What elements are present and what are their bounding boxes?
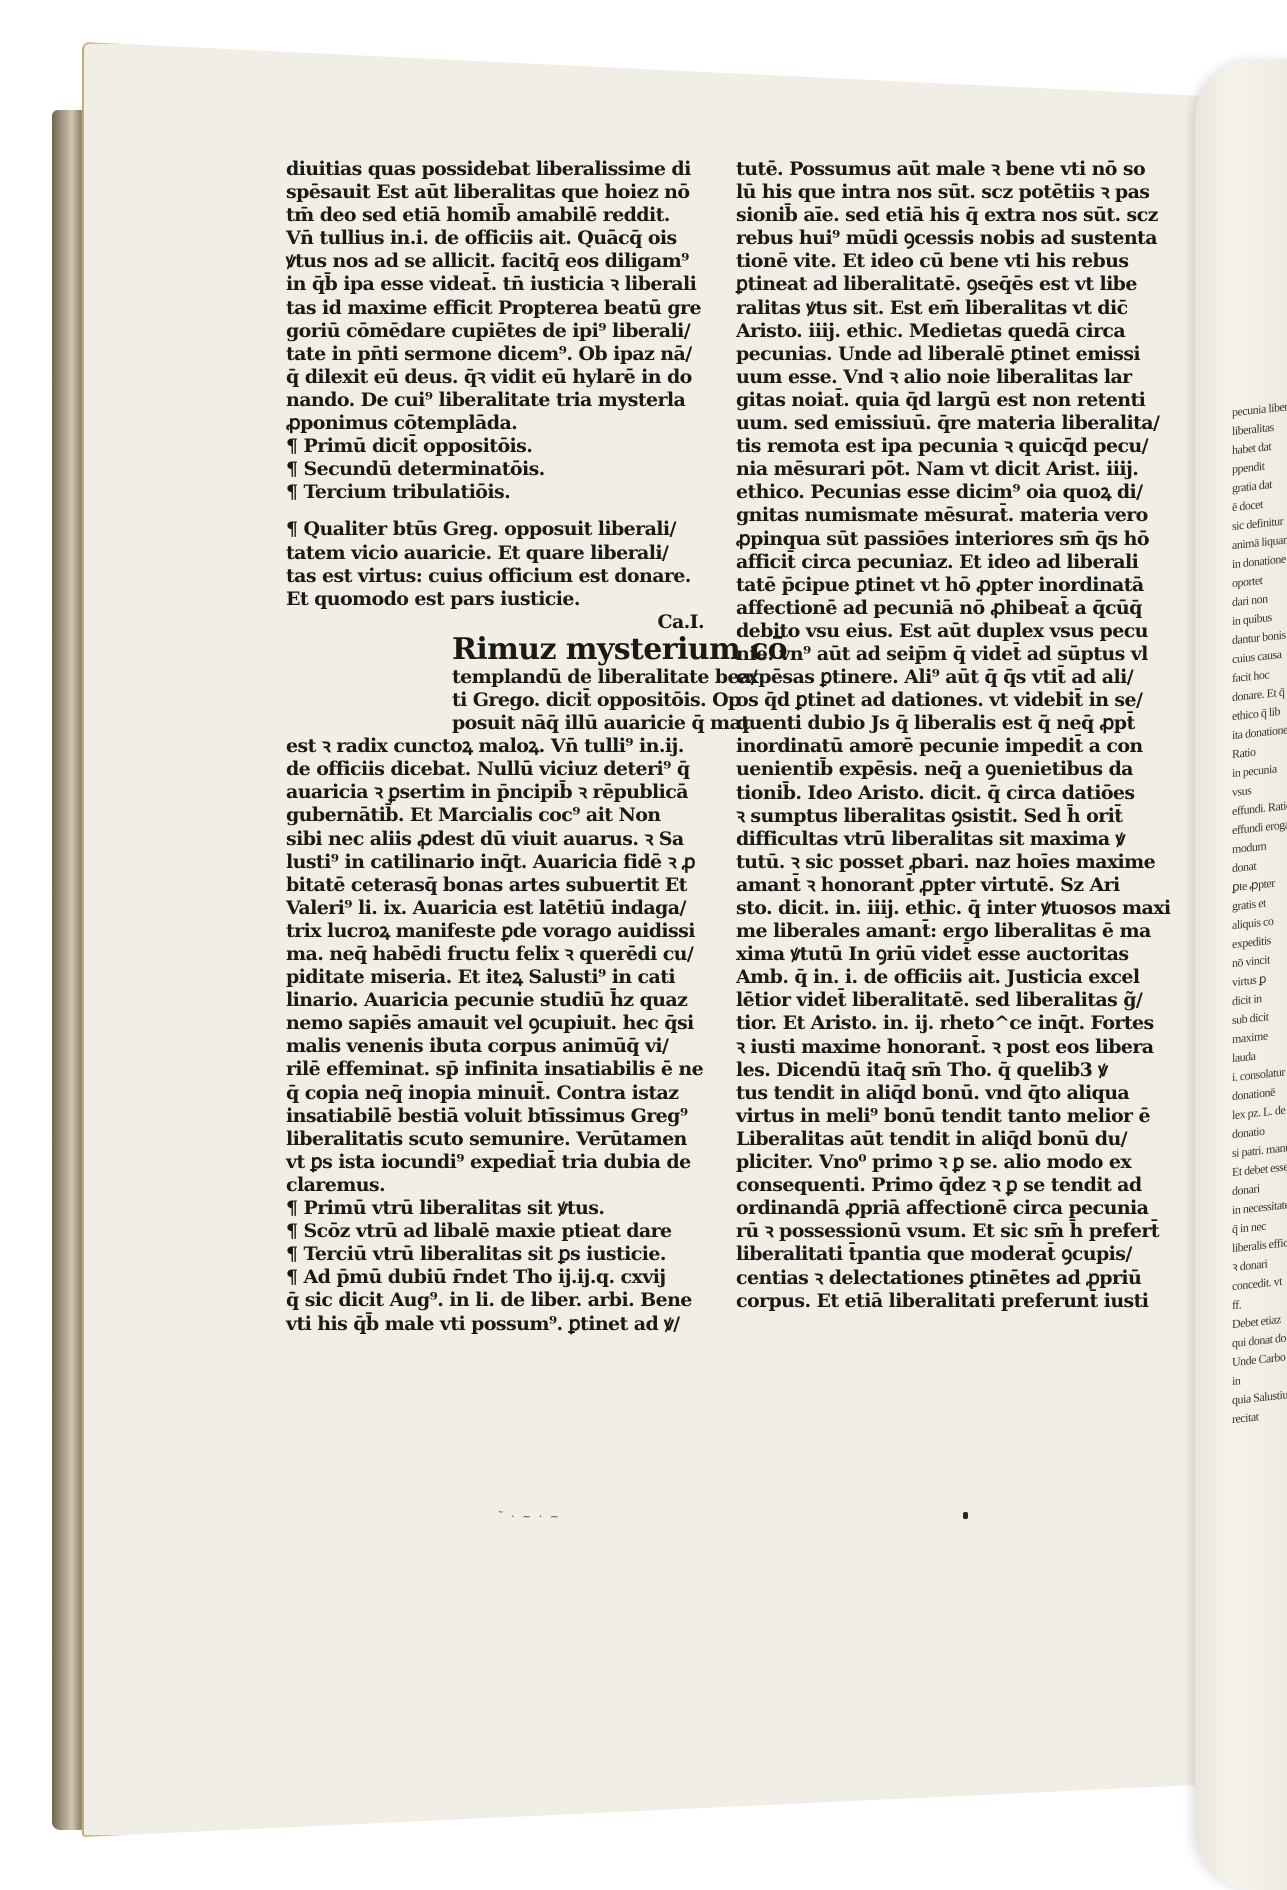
text-line: difficultas vtrū liberalitas sit maxima … [736, 828, 1106, 851]
right-text-column: tutē. Possumus aūt male ꝛ bene vti nō so… [736, 158, 1106, 1313]
text-line: sto. dicit. in. iiij. ethic. q̄ inter ꝟt… [736, 897, 1106, 920]
facing-text-line: Debet etiaz qui donat do [1232, 1309, 1287, 1353]
text-line: Amb. q̄ in. i. de officiis ait. Justicia… [736, 966, 1106, 989]
list-item: ¶ Terciū vtrū liberalitas sit ꝑs iustici… [286, 1243, 708, 1266]
text-line: nemo sapiēs amauit vel ꝯcupiuit. hec q̄s… [286, 1012, 708, 1035]
text-line: sibi nec aliis ꝓdest dū viuit auarus. ꝛ … [286, 828, 708, 851]
rubric-line: Et quomodo est pars iusticie. [286, 588, 708, 611]
text-line: ꝑtineat ad liberalitatē. ꝯseq̄ēs est vt … [736, 273, 1106, 296]
text-line: ꝓpinqua sūt passiōes interiores sm̄ q̄s … [736, 528, 1106, 551]
section-gap [286, 504, 708, 518]
text-line: vti his q̄b̄ male vti possum⁹. ꝑtinet ad… [286, 1313, 708, 1336]
text-line: spēsauit Est aūt liberalitas que hoiez n… [286, 181, 708, 204]
text-line: lusti⁹ in catilinario inq̄t. Auaricia fi… [286, 851, 708, 874]
text-line: les. Dicendū itaq̄ sm̄ Tho. q̄ quelib3 ꝟ [736, 1059, 1106, 1082]
facing-page-text: pecunia liberliberalitashabet datppendit… [1232, 397, 1287, 1553]
text-line: afficit̄ circa pecuniaz. Et ideo ad libe… [736, 551, 1106, 574]
text-line: ralitas ꝟtus sit. Est em̄ liberalitas vt… [736, 297, 1106, 320]
text-line: centias ꝛ delectationes ꝑtinētes ad ꝓpri… [736, 1267, 1106, 1290]
closing-lines: q̄ sic dicit Aug⁹. in li. de liber. arbi… [286, 1289, 708, 1335]
text-line: tm̄ deo sed etiā homib̄ amabilē reddit. [286, 204, 708, 227]
list-item: ¶ Primū vtrū liberalitas sit ꝟtus. [286, 1197, 708, 1220]
text-line: liberalitatis scuto semunire. Verūtamen [286, 1128, 708, 1151]
text-line: tior. Et Aristo. in. ij. rheto^ce inq̄t.… [736, 1012, 1106, 1035]
text-line: pliciter. Vno⁰ primo ꝛ ꝑ se. alio modo e… [736, 1151, 1106, 1174]
text-line: tutū. ꝛ sic posset ꝓbari. naz hoīes maxi… [736, 851, 1106, 874]
facing-text-line: liberalis effic. ꝛ donari [1232, 1233, 1287, 1277]
text-line: tionē vite. Et ideo cū bene vti his rebu… [736, 250, 1106, 273]
text-line: diuitias quas possidebat liberalissime d… [286, 158, 708, 181]
text-line: ꝟtus nos ad se allicit. facitq̄ eos dili… [286, 250, 708, 273]
text-line: lū his que intra nos sūt. scz potētiis ꝛ… [736, 181, 1106, 204]
doubts-list: ¶ Primū vtrū liberalitas sit ꝟtus.¶ Scōz… [286, 1197, 708, 1289]
text-line: claremus. [286, 1174, 708, 1197]
list-item: ¶ Ad p̄mū dubiū r̄ndet Tho ij.ij.q. cxvi… [286, 1266, 708, 1289]
text-line: q̄ sic dicit Aug⁹. in li. de liber. arbi… [286, 1289, 708, 1312]
text-line: me liberales amant̄: ergo liberalitas ē … [736, 920, 1106, 943]
text-line: tis remota est ipa pecunia ꝛ quicq̄d pec… [736, 435, 1106, 458]
facing-text-line: concedit. vt ff. [1232, 1271, 1287, 1315]
chapter-initial-heading: Rimuz mysterium cō [286, 634, 708, 666]
text-line: corpus. Et etiā liberalitati preferunt̄ … [736, 1290, 1106, 1313]
text-line: consequenti. Primo q̄dez ꝛ ꝑ se tendit a… [736, 1174, 1106, 1197]
text-line: uum. sed emissiuū. q̄re materia liberali… [736, 412, 1106, 435]
left-text-column: diuitias quas possidebat liberalissime d… [286, 158, 708, 1336]
ink-spot [963, 1512, 968, 1519]
text-line: Valeri⁹ li. ix. Auaricia est latētiū ind… [286, 897, 708, 920]
facing-text-line: Et debet esse donari [1232, 1157, 1287, 1201]
text-line: quenti dubio Js q̄ liberalis est q̄ neq̄… [736, 712, 1106, 735]
text-line: insatiabilē bestiā voluit btīssimus Greg… [286, 1105, 708, 1128]
text-line: os q̄d ꝑtinet ad dationes. vt videbit̄ i… [736, 689, 1106, 712]
text-line: uum esse. Vnd ꝛ alio noie liberalitas la… [736, 366, 1106, 389]
text-line: q̄ dilexit eū deus. q̄ꝛ vidit eū hylarē … [286, 366, 708, 389]
text-line: templandū de liberalitate bea/ [286, 666, 708, 689]
chapter-label: Ca.I. [286, 611, 708, 634]
text-line: linario. Auaricia pecunie studiū h̄z qua… [286, 989, 708, 1012]
text-line: ethico. Pecunias esse dicim⁹ oia quoꝝ di… [736, 481, 1106, 504]
text-line: virtus in meli⁹ bonū tendit tanto melior… [736, 1105, 1106, 1128]
text-line: rilē effeminat. sp̄ infinita insatiabili… [286, 1058, 708, 1081]
text-line: malis venenis ibuta corpus animūq̄ vi/ [286, 1035, 708, 1058]
text-line: ꝛ sumptus liberalitas ꝯsistit. Sed h̄ or… [736, 805, 1106, 828]
text-line: tionib̄. Ideo Aristo. dicit. q̄ circa da… [736, 782, 1106, 805]
facing-text-line: ita donatione Ratio [1232, 720, 1287, 764]
facing-text-line: modum donat [1232, 834, 1287, 878]
text-line: posuit nāq̄ illū auaricie q̄ mat [286, 712, 708, 735]
text-line: gubernātib̄. Et Marcialis coc⁹ ait Non [286, 804, 708, 827]
text-line: tus tendit in aliq̄d bonū. vnd q̄to aliq… [736, 1082, 1106, 1105]
text-line: ma. neq̄ habēdi fructu felix ꝛ querēdi c… [286, 943, 708, 966]
rubric-line: ¶ Qualiter btūs Greg. opposuit liberali/ [286, 518, 708, 541]
list-item: ¶ Scōz vtrū ad libalē maxie ptieat dare [286, 1220, 708, 1243]
text-line: goriū cōmēdare cupiētes de ipi⁹ liberali… [286, 320, 708, 343]
facing-text-line: maxime lauda [1232, 1024, 1287, 1068]
text-line: ordinandā ꝓpriā affectionē circa pecunia [736, 1197, 1106, 1220]
indented-lines: templandū de liberalitate bea/ti Grego. … [286, 666, 708, 735]
text-line: rebus hui⁹ mūdi ꝯcessis nobis ad sustent… [736, 227, 1106, 250]
text-line: tas id maxime efficit Propterea beatū gr… [286, 297, 708, 320]
text-line: tatē p̄cipue ꝑtinet vt hō ꝓpter inordina… [736, 574, 1106, 597]
text-line: sionib̄ aīe. sed etiā his q̄ extra nos s… [736, 204, 1106, 227]
text-line: trix lucroꝝ manifeste ꝑde vorago auidiss… [286, 920, 708, 943]
mysteries-list: ¶ Primū dicit̄ oppositōis.¶ Secundū dete… [286, 435, 708, 504]
text-line: Aristo. iiij. ethic. Medietas quedā circ… [736, 320, 1106, 343]
printer-mark: ˜ · ~ · ~ [498, 1510, 561, 1523]
text-line: uenientib̄ expēsis. neq̄ a ꝯuenietibus d… [736, 758, 1106, 781]
text-line: Vn̄ tullius in.i. de officiis ait. Quācq… [286, 227, 708, 250]
text-line: liberalitati t̄pantia que moderat̄ ꝯcupi… [736, 1243, 1106, 1266]
text-line: tate in pn̄ti sermone dicem⁹. Ob ipaz nā… [286, 343, 708, 366]
list-item: ¶ Secundū determinatōis. [286, 458, 708, 481]
text-line: de officiis dicebat. Nullū viciuz deteri… [286, 758, 708, 781]
facing-text-line: in pecunia vsus [1232, 758, 1287, 802]
facing-text-line: lex pz. L. de donatio [1232, 1100, 1287, 1144]
text-line: inordinatū amorē pecunie impedit̄ a con [736, 735, 1106, 758]
text-line: vt ꝑs ista iocundi⁹ expediat̄ tria dubia… [286, 1151, 708, 1174]
text-line: xima ꝟtutū In ꝯriū videt̄ esse auctorita… [736, 943, 1106, 966]
text-line: in q̄b̄ ipa esse videat̄. tn̄ iusticia ꝛ… [286, 273, 708, 296]
text-line: gitas noiat̄. quia q̄d largū est non ret… [736, 389, 1106, 412]
text-line: bitatē ceterasq̄ bonas artes subuertit E… [286, 874, 708, 897]
text-line: ꝛ iusti maxime honorant̄. ꝛ post eos lib… [736, 1036, 1106, 1059]
text-line: gnitas numismate mēsurat̄. materia vero [736, 504, 1106, 527]
text-line: expēsas ꝑtinere. Ali⁹ aūt q̄ q̄s vtit̄ a… [736, 666, 1106, 689]
list-item: ¶ Primū dicit̄ oppositōis. [286, 435, 708, 458]
text-line: affectionē ad pecuniā nō ꝓhibeat̄ a q̄cū… [736, 597, 1106, 620]
text-line: tutē. Possumus aūt male ꝛ bene vti nō so [736, 158, 1106, 181]
text-line: nie. vn⁹ aūt ad seip̄m q̄ videt̄ ad sūpt… [736, 643, 1106, 666]
list-item: ¶ Tercium tribulatiōis. [286, 481, 708, 504]
text-line: pecunias. Unde ad liberalē ꝑtinet emissi [736, 343, 1106, 366]
facing-text-line: quia Salustius recitat [1232, 1385, 1287, 1429]
facing-text-line: Unde Carbo in [1232, 1347, 1287, 1391]
text-line: nando. De cui⁹ liberalitate tria mysterl… [286, 389, 708, 412]
text-line: est ꝛ radix cunctoꝝ maloꝝ. Vn̄ tulli⁹ in… [286, 735, 708, 758]
text-line: rū ꝛ possessionū vsum. Et sic sm̄ h̄ pre… [736, 1220, 1106, 1243]
text-line: debito vsu eius. Est aūt duplex vsus pec… [736, 620, 1106, 643]
right-column-body: tutē. Possumus aūt male ꝛ bene vti nō so… [736, 158, 1106, 1313]
text-line: ti Grego. dicit̄ oppositōis. Op [286, 689, 708, 712]
text-line: piditate miseria. Et iteꝝ Salusti⁹ in ca… [286, 966, 708, 989]
rubric-line: tas est virtus: cuius officium est donar… [286, 565, 708, 588]
text-line: q̄ copia neq̄ inopia minuit̄. Contra ist… [286, 1082, 708, 1105]
facing-text-line: in necessitate q̄ in nec [1232, 1195, 1287, 1239]
text-line: nia mēsurari pōt. Nam vt dicit Arist. ii… [736, 458, 1106, 481]
text-line: amant̄ ꝛ honorant̄ ꝓpter virtutē. Sz Ari [736, 874, 1106, 897]
opening-paragraph: diuitias quas possidebat liberalissime d… [286, 158, 708, 435]
text-line: lētior videt̄ liberalitatē. sed liberali… [736, 989, 1106, 1012]
text-line: Liberalitas aūt tendit in aliq̄d bonū du… [736, 1128, 1106, 1151]
text-line: ꝓponimus cōtemplāda. [286, 412, 708, 435]
chapter-rubric: ¶ Qualiter btūs Greg. opposuit liberali/… [286, 518, 708, 610]
rubric-line: tatem vicio auaricie. Et quare liberali/ [286, 542, 708, 565]
body-paragraph: est ꝛ radix cunctoꝝ maloꝝ. Vn̄ tulli⁹ in… [286, 735, 708, 1197]
text-line: auaricia ꝛ ꝑsertim in p̄ncipib̄ ꝛ rēpubl… [286, 781, 708, 804]
